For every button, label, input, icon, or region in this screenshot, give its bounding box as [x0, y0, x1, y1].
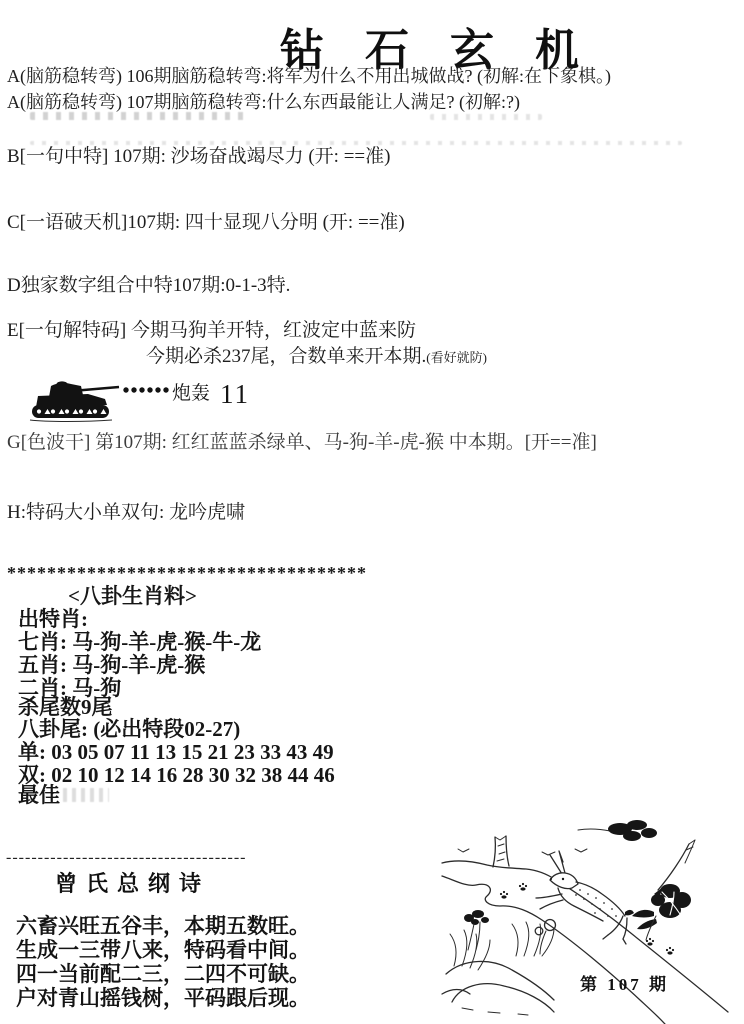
riddle-line-107: A(脑筋稳转弯) 107期脑筋稳转弯:什么东西最能让人满足? (初解:?): [7, 92, 520, 113]
tree-icon: [493, 836, 509, 867]
bird-icons: [458, 849, 587, 855]
zodiac-row: 杀尾数9尾: [18, 695, 113, 719]
poem-line: 户对青山摇钱树，平码跟后现。: [16, 986, 310, 1010]
rocks: [442, 961, 554, 1015]
diamond-mystery-sheet: 钻 石 玄 机 A(脑筋稳转弯) 106期脑筋稳转弯:将军为什么不用出城做战? …: [0, 0, 744, 1024]
issue-caption: 第 107 期: [580, 974, 669, 994]
cannon-label: 炮轰: [172, 382, 210, 404]
zodiac-row: 八卦尾: (必出特段02-27): [18, 717, 240, 741]
poem-line: 生成一三带八来，特码看中间。: [16, 938, 310, 962]
bush: [632, 884, 691, 940]
tip-line-c: C[一语破天机]107期: 四十显现八分明 (开: ==准): [7, 212, 405, 234]
tip-line-e2: 今期必杀237尾，合数单来开本期.(看好就防): [146, 346, 487, 368]
zodiac-row: 五肖: 马-狗-羊-虎-猴: [18, 653, 205, 677]
tank-icon: [30, 381, 119, 421]
tip-line-h: H:特码大小单双句: 龙吟虎啸: [7, 502, 245, 524]
tip-line-e: E[一句解特码] 今期马狗羊开特，红波定中蓝来防: [7, 320, 416, 342]
tip-note: (看好就防): [426, 350, 487, 365]
poem-line: 六畜兴旺五谷丰，本期五数旺。: [16, 914, 310, 938]
zodiac-row: 单: 03 05 07 11 13 15 21 23 33 43 49: [18, 740, 334, 764]
zodiac-subheading: 出特肖:: [18, 607, 88, 631]
zodiac-cutoff-row: 最佳: [18, 783, 109, 807]
deer-spots: [575, 889, 617, 917]
deer-scene-illustration: 第 107 期: [442, 788, 744, 1020]
tip-line-d: D独家数字组合中特107期:0-1-3特.: [7, 275, 290, 297]
riddle-line-106: A(脑筋稳转弯) 106期脑筋稳转弯:将军为什么不用出城做战? (初解:在下象棋…: [7, 66, 611, 87]
faded-text: [63, 788, 109, 802]
poem-heading: 曾氏总纲诗: [55, 871, 210, 896]
cannon-number: 11: [220, 379, 250, 409]
zodiac-heading: <八卦生肖料>: [68, 584, 197, 608]
grass-tufts: [450, 920, 556, 971]
path-lines: [442, 861, 728, 1024]
paw-prints: [500, 883, 674, 955]
shell-dots: [123, 387, 168, 392]
erased-text-smudge: [30, 112, 246, 120]
tip-line-g: G[色波干] 第107期: 红红蓝蓝杀绿单、马-狗-羊-虎-猴 中本期。[开==…: [7, 432, 597, 454]
erased-text-smudge: [30, 141, 682, 145]
poem-line: 四一当前配二三，二四不可缺。: [16, 962, 310, 986]
foliage: [578, 820, 657, 841]
zodiac-row: 七肖: 马-狗-羊-虎-猴-牛-龙: [18, 630, 261, 654]
tip-line-b: B[一句中特] 107期: 沙场奋战竭尽力 (开: ==准): [7, 146, 390, 168]
erased-text-smudge: [430, 114, 542, 120]
zodiac-stars: ************************************: [7, 563, 367, 584]
poem-divider: --------------------------------------: [6, 849, 246, 867]
cannon-graphic: 炮轰 11: [26, 374, 278, 428]
